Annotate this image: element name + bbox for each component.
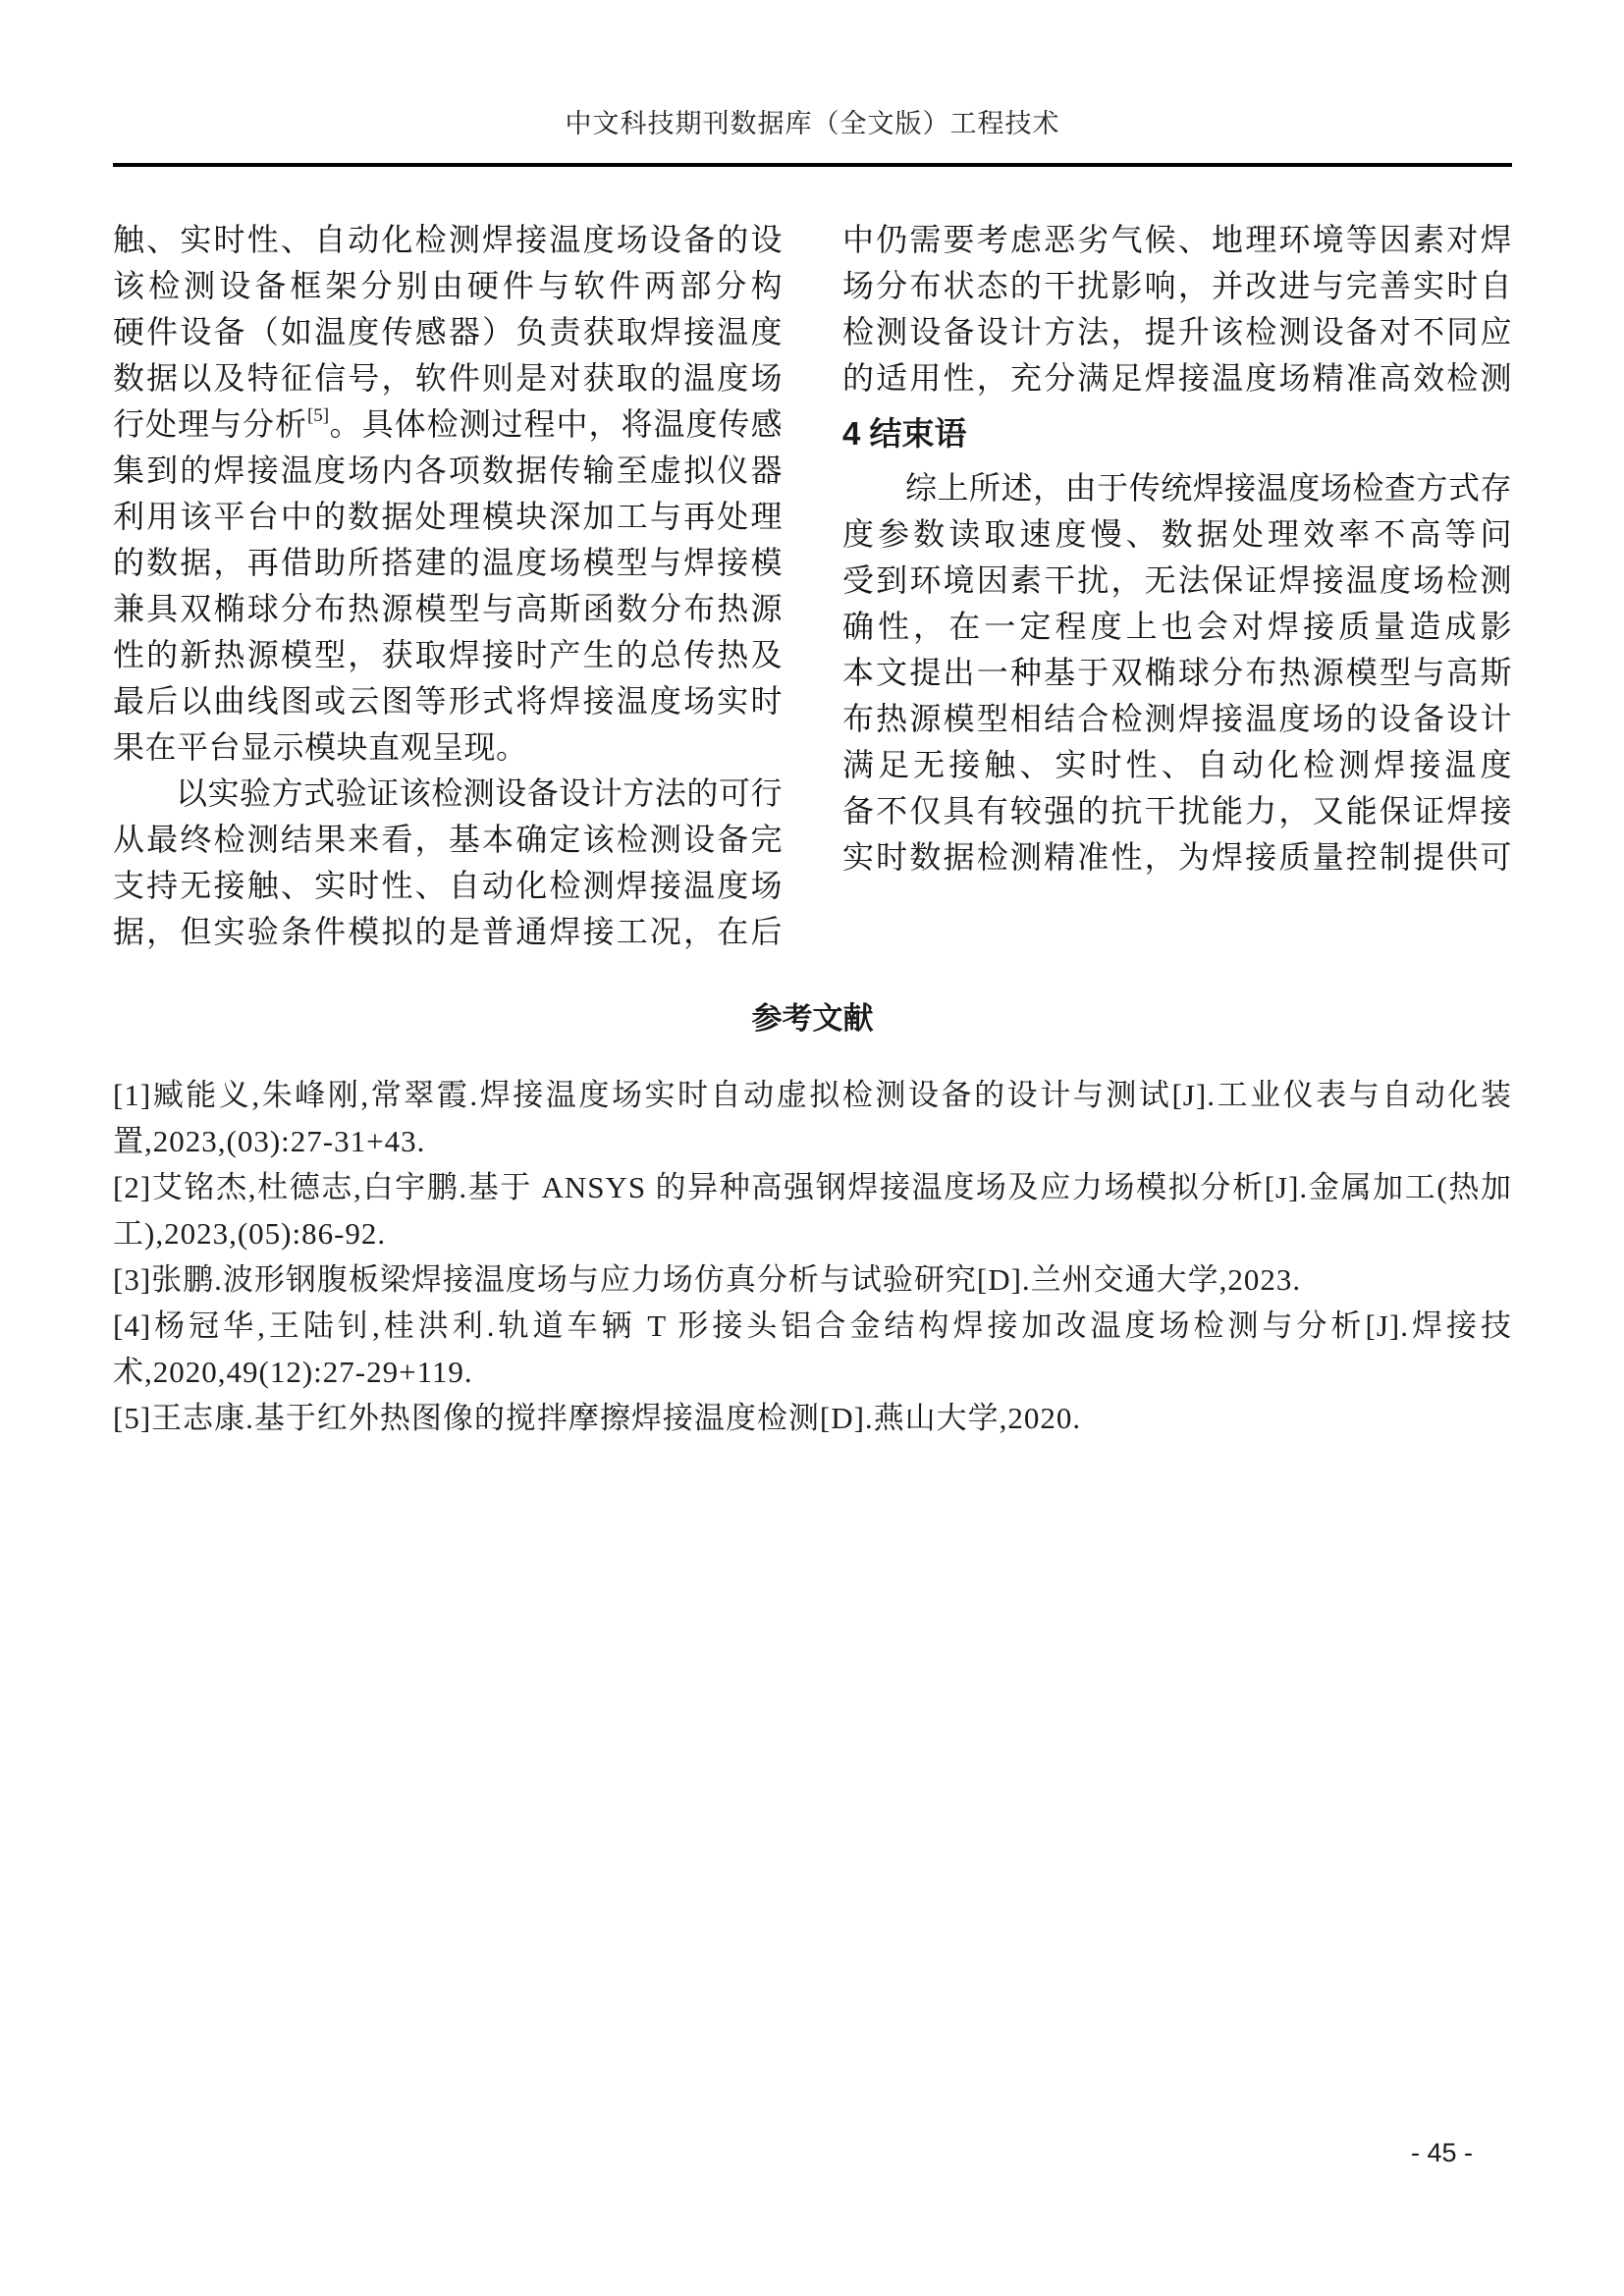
- right-column: 中仍需要考虑恶劣气候、地理环境等因素对焊接温度 场分布状态的干扰影响，并改进与完…: [842, 217, 1512, 955]
- reference-entry-line: 置,2023,(03):27-31+43.: [113, 1118, 1512, 1164]
- text-line: 场分布状态的干扰影响，并改进与完善实时自动虚拟: [842, 263, 1512, 309]
- citation-marker: [5]: [307, 405, 329, 426]
- body-columns: 触、实时性、自动化检测焊接温度场设备的设计方法， 该检测设备框架分别由硬件与软件…: [113, 217, 1512, 955]
- text-line: 据，但实验条件模拟的是普通焊接工况，在后续检测: [113, 909, 783, 955]
- journal-page: 中文科技期刊数据库（全文版）工程技术 触、实时性、自动化检测焊接温度场设备的设计…: [0, 0, 1624, 2296]
- left-column: 触、实时性、自动化检测焊接温度场设备的设计方法， 该检测设备框架分别由硬件与软件…: [113, 217, 783, 955]
- section-heading-conclusion: 4 结束语: [842, 410, 1512, 456]
- header-rule: [113, 163, 1512, 167]
- reference-entry-line: 术,2020,49(12):27-29+119.: [113, 1349, 1512, 1395]
- references-section: 参考文献 [1]臧能义,朱峰刚,常翠霞.焊接温度场实时自动虚拟检测设备的设计与测…: [113, 996, 1512, 1441]
- references-list: [1]臧能义,朱峰刚,常翠霞.焊接温度场实时自动虚拟检测设备的设计与测试[J].…: [113, 1072, 1512, 1441]
- text-line: 以实验方式验证该检测设备设计方法的可行性，: [113, 771, 783, 817]
- text-line: 利用该平台中的数据处理模块深加工与再处理所采集: [113, 494, 783, 540]
- page-number: - 45 -: [1411, 2138, 1473, 2168]
- text-line: 本文提出一种基于双椭球分布热源模型与高斯函数分: [842, 650, 1512, 696]
- text-line: 从最终检测结果来看，基本确定该检测设备完全可以: [113, 817, 783, 863]
- text-line: 硬件设备（如温度传感器）负责获取焊接温度场各项: [113, 309, 783, 355]
- text-line: 受到环境因素干扰，无法保证焊接温度场检测结果准: [842, 558, 1512, 604]
- text-line: 综上所述，由于传统焊接温度场检查方式存在温: [842, 465, 1512, 511]
- text-line: 兼具双椭球分布热源模型与高斯函数分布热源模型特: [113, 586, 783, 632]
- references-heading: 参考文献: [113, 996, 1512, 1041]
- text-line: 检测设备设计方法，提升该检测设备对不同应用场景: [842, 309, 1512, 355]
- reference-entry-line: [5]王志康.基于红外热图像的搅拌摩擦焊接温度检测[D].燕山大学,2020.: [113, 1395, 1512, 1441]
- text-line: 确性，在一定程度上也会对焊接质量造成影响。因此，: [842, 604, 1512, 650]
- reference-entry-line: [4]杨冠华,王陆钊,桂洪利.轨道车辆 T 形接头铝合金结构焊接加改温度场检测与…: [113, 1303, 1512, 1349]
- text-line-with-citation: 行处理与分析[5]。具体检测过程中，将温度传感器所采: [113, 401, 783, 448]
- text-line: 满足无接触、实时性、自动化检测焊接温度场，该设: [842, 742, 1512, 788]
- text-line: 最后以曲线图或云图等形式将焊接温度场实时检测结: [113, 678, 783, 724]
- text-line: 该检测设备框架分别由硬件与软件两部分构成，其中: [113, 263, 783, 309]
- text-line: 性的新热源模型，获取焊接时产生的总传热及传热，: [113, 632, 783, 678]
- text-line: 数据以及特征信号，软件则是对获取的温度场数据进: [113, 355, 783, 401]
- reference-entry-line: [2]艾铭杰,杜德志,白宇鹏.基于 ANSYS 的异种高强钢焊接温度场及应力场模…: [113, 1164, 1512, 1210]
- text-segment: 行处理与分析: [113, 406, 307, 442]
- text-line: 集到的焊接温度场内各项数据传输至虚拟仪器平台，: [113, 448, 783, 494]
- reference-entry-line: 工),2023,(05):86-92.: [113, 1210, 1512, 1256]
- text-line: 触、实时性、自动化检测焊接温度场设备的设计方法，: [113, 217, 783, 263]
- reference-entry-line: [1]臧能义,朱峰刚,常翠霞.焊接温度场实时自动虚拟检测设备的设计与测试[J].…: [113, 1072, 1512, 1118]
- text-line: 度参数读取速度慢、数据处理效率不高等问题，加上: [842, 511, 1512, 558]
- reference-entry-line: [3]张鹏.波形钢腹板梁焊接温度场与应力场仿真分析与试验研究[D].兰州交通大学…: [113, 1256, 1512, 1303]
- page-content: 中文科技期刊数据库（全文版）工程技术 触、实时性、自动化检测焊接温度场设备的设计…: [113, 0, 1512, 1441]
- text-line: 布热源模型相结合检测焊接温度场的设备设计方法，: [842, 696, 1512, 742]
- text-line: 的数据，再借助所搭建的温度场模型与焊接模型，即: [113, 540, 783, 586]
- text-line: 果在平台显示模块直观呈现。: [113, 724, 783, 771]
- text-line: 支持无接触、实时性、自动化检测焊接温度场实时数: [113, 863, 783, 909]
- journal-header-title: 中文科技期刊数据库（全文版）工程技术: [113, 0, 1512, 141]
- text-line: 备不仅具有较强的抗干扰能力，又能保证焊接温度场: [842, 788, 1512, 834]
- text-line: 的适用性，充分满足焊接温度场精准高效检测需求。: [842, 355, 1512, 401]
- text-line: 实时数据检测精准性，为焊接质量控制提供可靠依据。: [842, 834, 1512, 881]
- text-line: 中仍需要考虑恶劣气候、地理环境等因素对焊接温度: [842, 217, 1512, 263]
